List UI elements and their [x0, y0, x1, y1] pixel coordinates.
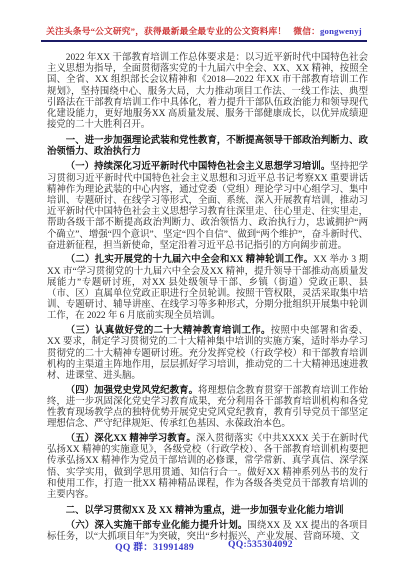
- paragraph-lead: （五）深化XX 精神学习教育。: [66, 434, 196, 444]
- paragraph-item-5: （五）深化XX 精神学习教育。深入贯彻落实《中共XXXX 关于在新时代弘扬XX …: [47, 434, 368, 501]
- header-wechat-label: 微信：: [293, 26, 320, 36]
- paragraph-item-4: （四）加强党史党风党纪教育。将理想信念教育贯穿干部教育培训工作始终，进一步巩固深…: [47, 386, 368, 431]
- section-heading-1: 一、进一步加强理论武装和党性教育，不断提高领导干部政治判断力、政治领悟力、政治执…: [47, 136, 368, 158]
- page-header-notice: 关注头条号“公文研究”，获得最新最全最专业的公文资料库！微信：gongwenyj: [0, 25, 408, 42]
- paragraph-lead: （三）认真做好党的二十大精神教育培训工作。: [66, 326, 271, 336]
- paragraph-item-1: （一）持续深化习近平新时代中国特色社会主义思想学习培训。坚持把学习贯彻习近平新时…: [47, 162, 368, 252]
- paragraph-item-3: （三）认真做好党的二十大精神教育培训工作。按照中央部署和省委、XX 要求，制定学…: [47, 326, 368, 382]
- footer-qq: QQ:535304092: [228, 539, 293, 553]
- intro-paragraph: 2022 年XX 干部教育培训工作总体要求是：以习近平新时代中国特色社会主义思想…: [47, 53, 368, 131]
- paragraph-lead: （二）扎实开展党的十九届六中全会和XX 精神轮训工作。: [66, 255, 314, 265]
- header-notice-text: 关注头条号“公文研究”，获得最新最全最专业的公文资料库！: [46, 26, 286, 36]
- document-page: 关注头条号“公文研究”，获得最新最全最专业的公文资料库！微信：gongwenyj…: [0, 0, 408, 580]
- paragraph-lead: （四）加强党史党风党纪教育。: [66, 386, 198, 396]
- paragraph-item-2: （二）扎实开展党的十九届六中全会和XX 精神轮训工作。XX 举办 3 期XX 市…: [47, 255, 368, 322]
- document-body: 2022 年XX 干部教育培训工作总体要求是：以习近平新时代中国特色社会主义思想…: [47, 53, 368, 547]
- header-wechat-account: gongwenyj: [320, 26, 362, 36]
- header-notice-line: 关注头条号“公文研究”，获得最新最全最专业的公文资料库！微信：gongwenyj: [41, 25, 367, 42]
- paragraph-text: 坚持把学习贯彻习近平新时代中国特色社会主义思想和习近平总书记考察XX 重要讲话精…: [47, 162, 368, 250]
- paragraph-text: 2022 年XX 干部教育培训工作总体要求是：以习近平新时代中国特色社会主义思想…: [47, 53, 368, 130]
- section-heading-2: 二、以学习贯彻XX 及 XX 精神为重点，进一步加强专业化能力培训: [47, 506, 368, 517]
- footer-qq-group: QQ 群：31991489: [115, 539, 194, 553]
- page-footer: QQ 群：31991489 QQ:535304092: [0, 539, 408, 553]
- paragraph-lead: （一）持续深化习近平新时代中国特色社会主义思想学习培训。: [66, 162, 330, 172]
- paragraph-lead: （六）深入实施干部专业化能力提升计划。: [66, 521, 248, 531]
